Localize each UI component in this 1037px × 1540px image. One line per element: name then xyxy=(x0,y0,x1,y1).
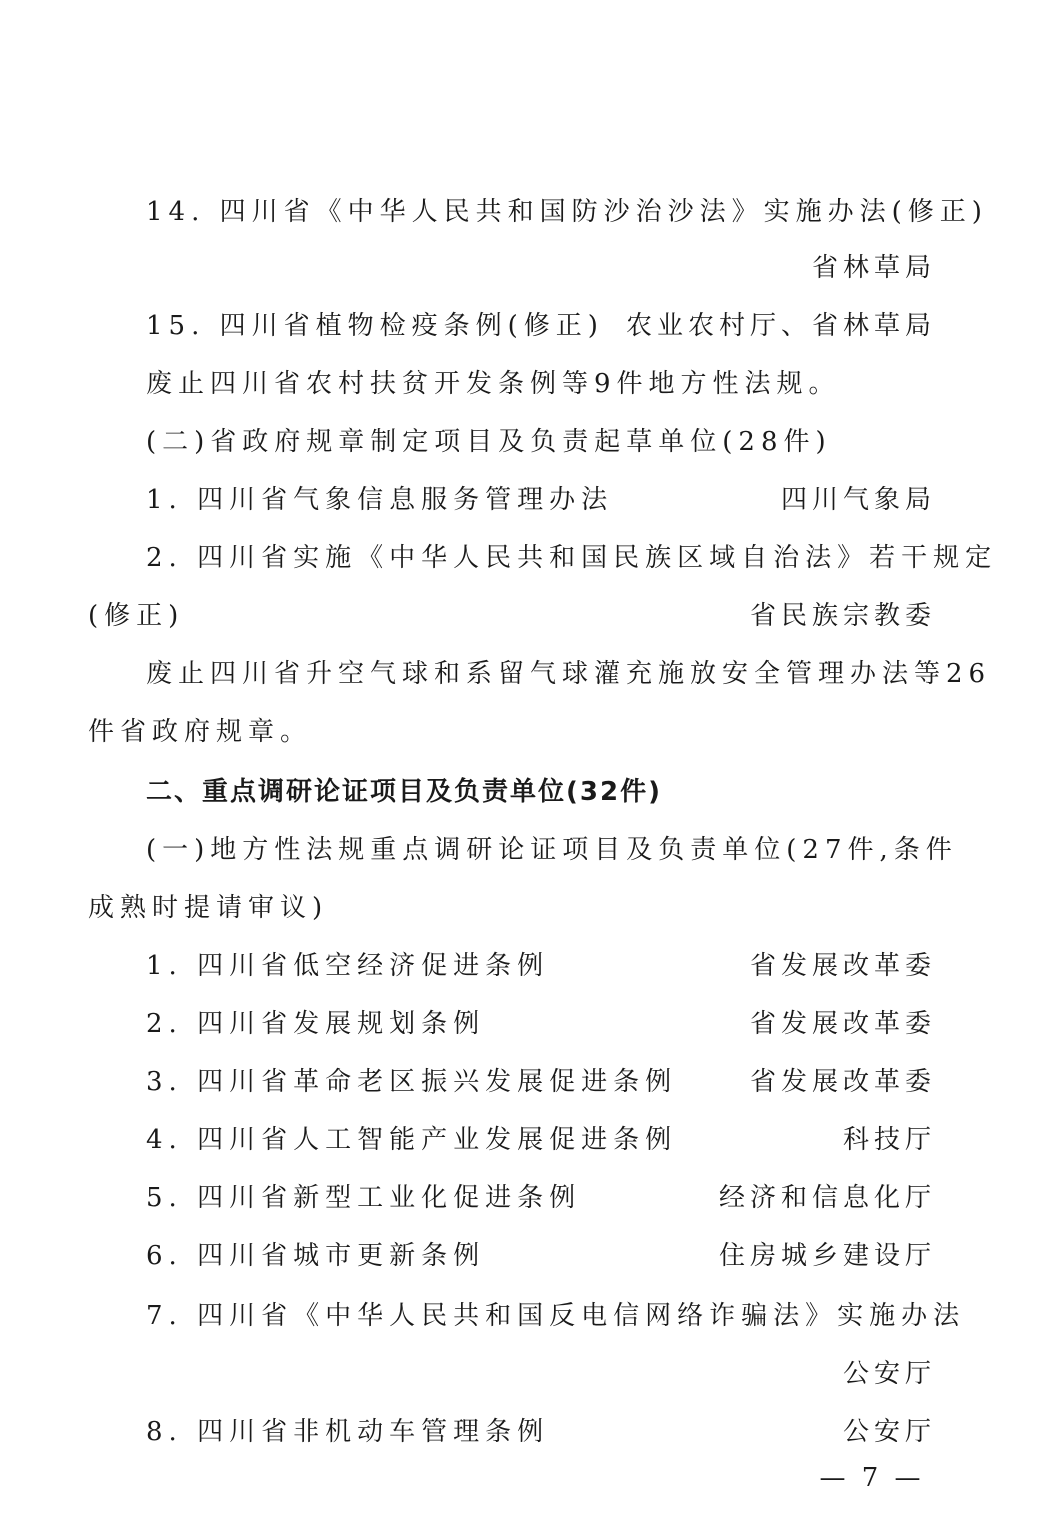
responsible-unit: 省发展改革委 xyxy=(750,946,936,986)
research-item-7: 7. 四川省《中华人民共和国反电信网络诈骗法》实施办法 xyxy=(88,1296,931,1336)
page-number: — 7 — xyxy=(812,1458,932,1498)
item-title: 6. 四川省城市更新条例 xyxy=(146,1236,485,1276)
wrap-text: (修正) xyxy=(88,596,184,636)
research-item-3: 3. 四川省革命老区振兴发展促进条例 省发展改革委 xyxy=(88,1062,931,1102)
wrap-text: 成熟时提请审议) xyxy=(88,888,328,928)
research-item-8: 8. 四川省非机动车管理条例 公安厅 xyxy=(88,1412,931,1452)
item-title: 2. 四川省实施《中华人民共和国民族区域自治法》若干规定 xyxy=(146,538,997,578)
research-item-7-unit-line: 公安厅 xyxy=(88,1354,931,1394)
responsible-unit: 科技厅 xyxy=(843,1120,936,1160)
responsible-unit: 农业农村厅、省林草局 xyxy=(626,306,936,346)
research-item-2: 2. 四川省发展规划条例 省发展改革委 xyxy=(88,1004,931,1044)
responsible-unit: 省民族宗教委 xyxy=(750,596,936,636)
item-title: 8. 四川省非机动车管理条例 xyxy=(146,1412,549,1452)
item-title: 5. 四川省新型工业化促进条例 xyxy=(146,1178,581,1218)
item-title: 15. 四川省植物检疫条例(修正) xyxy=(146,306,604,346)
repeal-paragraph-rules-continuation: 件省政府规章。 xyxy=(88,712,931,752)
paragraph-text: 废止四川省升空气球和系留气球灌充施放安全管理办法等26 xyxy=(146,654,991,694)
subheading-text: (一)地方性法规重点调研论证项目及负责单位(27件,条件 xyxy=(146,830,958,870)
item-title: 7. 四川省《中华人民共和国反电信网络诈骗法》实施办法 xyxy=(146,1296,965,1336)
subheading-text: (二)省政府规章制定项目及负责起草单位(28件) xyxy=(146,422,832,462)
rule-item-2: 2. 四川省实施《中华人民共和国民族区域自治法》若干规定 xyxy=(88,538,931,578)
responsible-unit: 经济和信息化厅 xyxy=(719,1178,936,1218)
law-item-14-unit-line: 省林草局 xyxy=(88,248,931,288)
responsible-unit: 四川气象局 xyxy=(781,480,936,520)
research-item-6: 6. 四川省城市更新条例 住房城乡建设厅 xyxy=(88,1236,931,1276)
item-title: 2. 四川省发展规划条例 xyxy=(146,1004,485,1044)
repeal-paragraph-regulations: 废止四川省农村扶贫开发条例等9件地方性法规。 xyxy=(88,364,931,404)
rule-item-1: 1. 四川省气象信息服务管理办法 四川气象局 xyxy=(88,480,931,520)
law-item-14: 14. 四川省《中华人民共和国防沙治沙法》实施办法(修正) xyxy=(88,192,931,232)
rule-item-2-continuation: (修正) 省民族宗教委 xyxy=(88,596,931,636)
research-item-4: 4. 四川省人工智能产业发展促进条例 科技厅 xyxy=(88,1120,931,1160)
research-item-1: 1. 四川省低空经济促进条例 省发展改革委 xyxy=(88,946,931,986)
research-item-5: 5. 四川省新型工业化促进条例 经济和信息化厅 xyxy=(88,1178,931,1218)
item-title: 4. 四川省人工智能产业发展促进条例 xyxy=(146,1120,677,1160)
responsible-unit: 公安厅 xyxy=(843,1354,936,1394)
paragraph-text: 废止四川省农村扶贫开发条例等9件地方性法规。 xyxy=(146,364,841,404)
section-heading-research-projects: 二、重点调研论证项目及负责单位(32件) xyxy=(88,772,931,812)
item-title: 14. 四川省《中华人民共和国防沙治沙法》实施办法(修正) xyxy=(146,192,988,232)
responsible-unit: 省林草局 xyxy=(812,248,936,288)
subheading-continuation: 成熟时提请审议) xyxy=(88,888,931,928)
law-item-15: 15. 四川省植物检疫条例(修正) 农业农村厅、省林草局 xyxy=(88,306,931,346)
responsible-unit: 住房城乡建设厅 xyxy=(719,1236,936,1276)
subheading-provincial-rules: (二)省政府规章制定项目及负责起草单位(28件) xyxy=(88,422,931,462)
wrap-text: 件省政府规章。 xyxy=(88,712,312,752)
subheading-local-regulations-research: (一)地方性法规重点调研论证项目及负责单位(27件,条件 xyxy=(88,830,931,870)
repeal-paragraph-rules: 废止四川省升空气球和系留气球灌充施放安全管理办法等26 xyxy=(88,654,931,694)
responsible-unit: 省发展改革委 xyxy=(750,1004,936,1044)
item-title: 1. 四川省气象信息服务管理办法 xyxy=(146,480,613,520)
item-title: 1. 四川省低空经济促进条例 xyxy=(146,946,549,986)
heading-text: 二、重点调研论证项目及负责单位(32件) xyxy=(146,772,662,812)
responsible-unit: 省发展改革委 xyxy=(750,1062,936,1102)
item-title: 3. 四川省革命老区振兴发展促进条例 xyxy=(146,1062,677,1102)
responsible-unit: 公安厅 xyxy=(843,1412,936,1452)
